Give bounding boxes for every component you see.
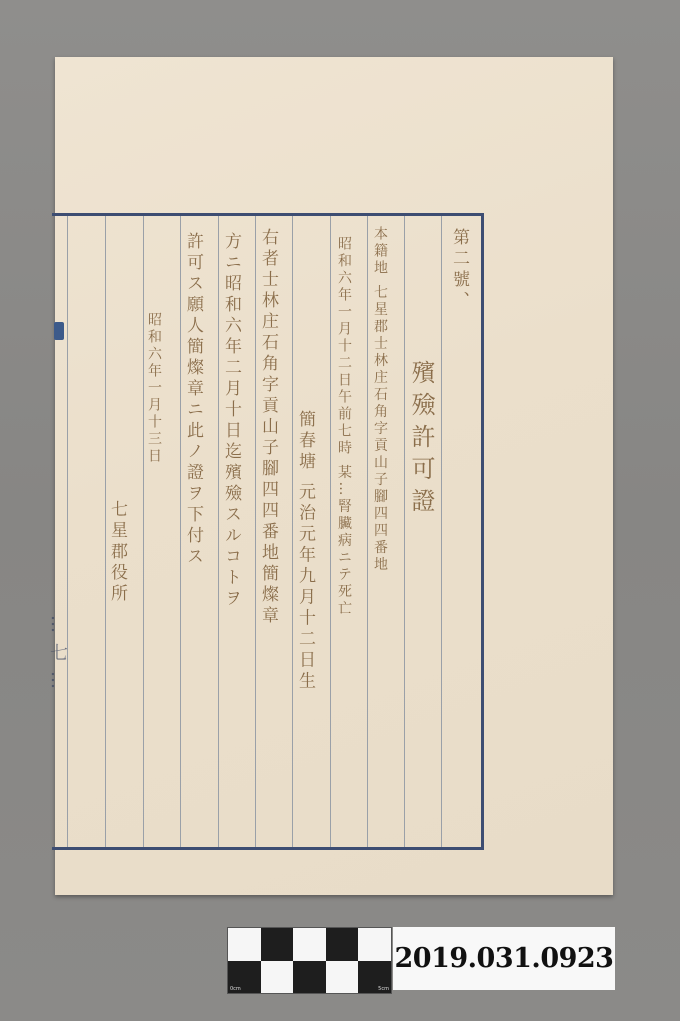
column-rule — [404, 216, 405, 847]
issue-date: 昭和六年一月十三日 — [144, 312, 164, 465]
body-line-2: 方ニ昭和六年二月十日迄殯殮スルコトヲ — [219, 232, 244, 610]
column-rule — [330, 216, 331, 847]
column-rule — [67, 216, 68, 847]
scale-end-label: 5cm — [378, 986, 389, 992]
column-rule — [367, 216, 368, 847]
body-line-3: 許可ス願人簡燦章ニ此ノ證ヲ下付ス — [181, 232, 206, 568]
column-rule — [441, 216, 442, 847]
body-line-1: 右者士林庄石角字貢山子腳四四番地簡燦章 — [256, 228, 281, 627]
accession-number-label: 2019.031.0923 — [393, 927, 615, 990]
deceased-name-line: 簡春塘 元治元年九月十二日生 — [293, 410, 318, 692]
domicile-line: 本籍地 七星郡士林庄石角字貢山子腳四四番地 — [370, 226, 390, 573]
death-record-line: 昭和六年一月十二日午前七時 某…腎臟病ニテ死亡 — [334, 236, 354, 617]
scale-start-label: 0cm — [230, 986, 241, 992]
measurement-scale: 0cm 5cm — [227, 927, 392, 994]
permit-number: 第二號、 — [447, 228, 472, 312]
column-rule — [143, 216, 144, 847]
issuing-office: 七星郡役所 — [105, 500, 130, 605]
document-title: 殯殮許可證 — [404, 360, 439, 520]
